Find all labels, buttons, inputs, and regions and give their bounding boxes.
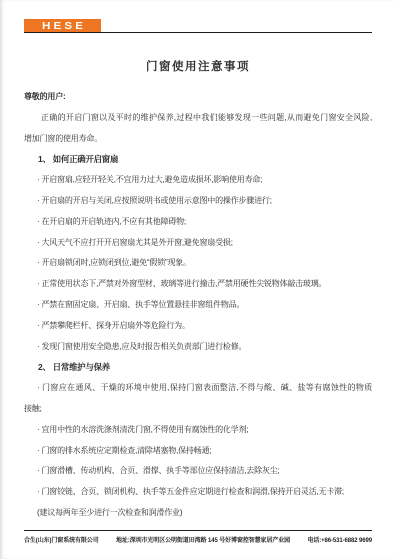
- company-logo-text: HESE: [39, 21, 85, 31]
- paragraph-line: 正确的开启门窗以及平时的维护保养,过程中我们能够发现一些问题,从而避免门窗安全风…: [24, 108, 372, 129]
- bullet-line: · 门窗的排水系统应定期检查,清除堵塞物,保持畅通;: [24, 441, 372, 462]
- heading-line: 2、 日常维护与保养: [24, 357, 372, 378]
- footer-address: 地址:深圳市光明区公明街道田湾路 145 号好博窗控智慧家居产业园: [116, 535, 290, 544]
- header-divider: [24, 32, 372, 33]
- bullet-line: · 在开启扇的开启轨迹内,不应有其他障碍物;: [24, 212, 372, 233]
- bullet-line: · 正常使用状态下,严禁对外窗型材、玻璃等进行撞击,严禁用硬性尖锐物体敲击玻璃。: [24, 274, 372, 295]
- document-body: 尊敬的用户:正确的开启门窗以及平时的维护保养,过程中我们能够发现一些问题,从而避…: [24, 87, 372, 524]
- bullet-line: · 门窗铰链、合页、锁闭机构、执手等五金件应定期进行检查和润滑,保持开启灵活,无…: [24, 482, 372, 503]
- plain-line: 增加门窗的使用寿命。: [24, 129, 372, 150]
- bullet-line: · 大风天气不应打开开启窗扇尤其是外开窗,避免窗扇受损;: [24, 233, 372, 254]
- bullet-line: · 严禁攀爬栏杆、探身开启扇外等危险行为。: [24, 316, 372, 337]
- bullet-line: · 开启扇的开启与关闭,应按照说明书或使用示意图中的操作步骤进行;: [24, 191, 372, 212]
- page-title: 门窗使用注意事项: [0, 58, 396, 74]
- bullet-line: · 宜用中性的水溶洗涤剂清洗门窗,不得使用有腐蚀性的化学剂;: [24, 420, 372, 441]
- salutation-line: 尊敬的用户:: [24, 87, 372, 108]
- bullet-line: · 门窗滑槽、传动机构、合页、滑撑、执手等部位应保持清洁,去除灰尘;: [24, 461, 372, 482]
- document-page: HESE 门窗使用注意事项 尊敬的用户:正确的开启门窗以及平时的维护保养,过程中…: [0, 0, 396, 559]
- company-logo: HESE: [24, 19, 101, 33]
- page-footer: 合生(山东)门窗系统有限公司 地址:深圳市光明区公明街道田湾路 145 号好博窗…: [24, 530, 372, 544]
- bullet-justify-line: · 门窗应在通风、干燥的环境中使用,保持门窗表面整洁,不得与酸、碱、盐等有腐蚀性…: [24, 378, 372, 399]
- footer-company: 合生(山东)门窗系统有限公司: [24, 535, 99, 544]
- heading-line: 1、 如何正确开启窗扇: [24, 149, 372, 170]
- footer-phone: 电话:+86-531-6882 9699: [307, 535, 372, 544]
- bullet-line: · 发现门窗使用安全隐患,应及时报告相关负责部门进行检修。: [24, 337, 372, 358]
- bullet-line: · 开启扇锁闭时,应锁闭到位,避免“假锁”现象。: [24, 253, 372, 274]
- bullet-line: · 严禁在窗固定扇、开启扇、执手等位置悬挂非窗组件物品。: [24, 295, 372, 316]
- continuation-line: 接触;: [24, 399, 372, 420]
- note-line: (建议每两年至少进行一次检查和润滑作业): [24, 503, 372, 524]
- bullet-line: · 开启窗扇,应轻开轻关,不宜用力过大,避免造成损坏,影响使用寿命;: [24, 170, 372, 191]
